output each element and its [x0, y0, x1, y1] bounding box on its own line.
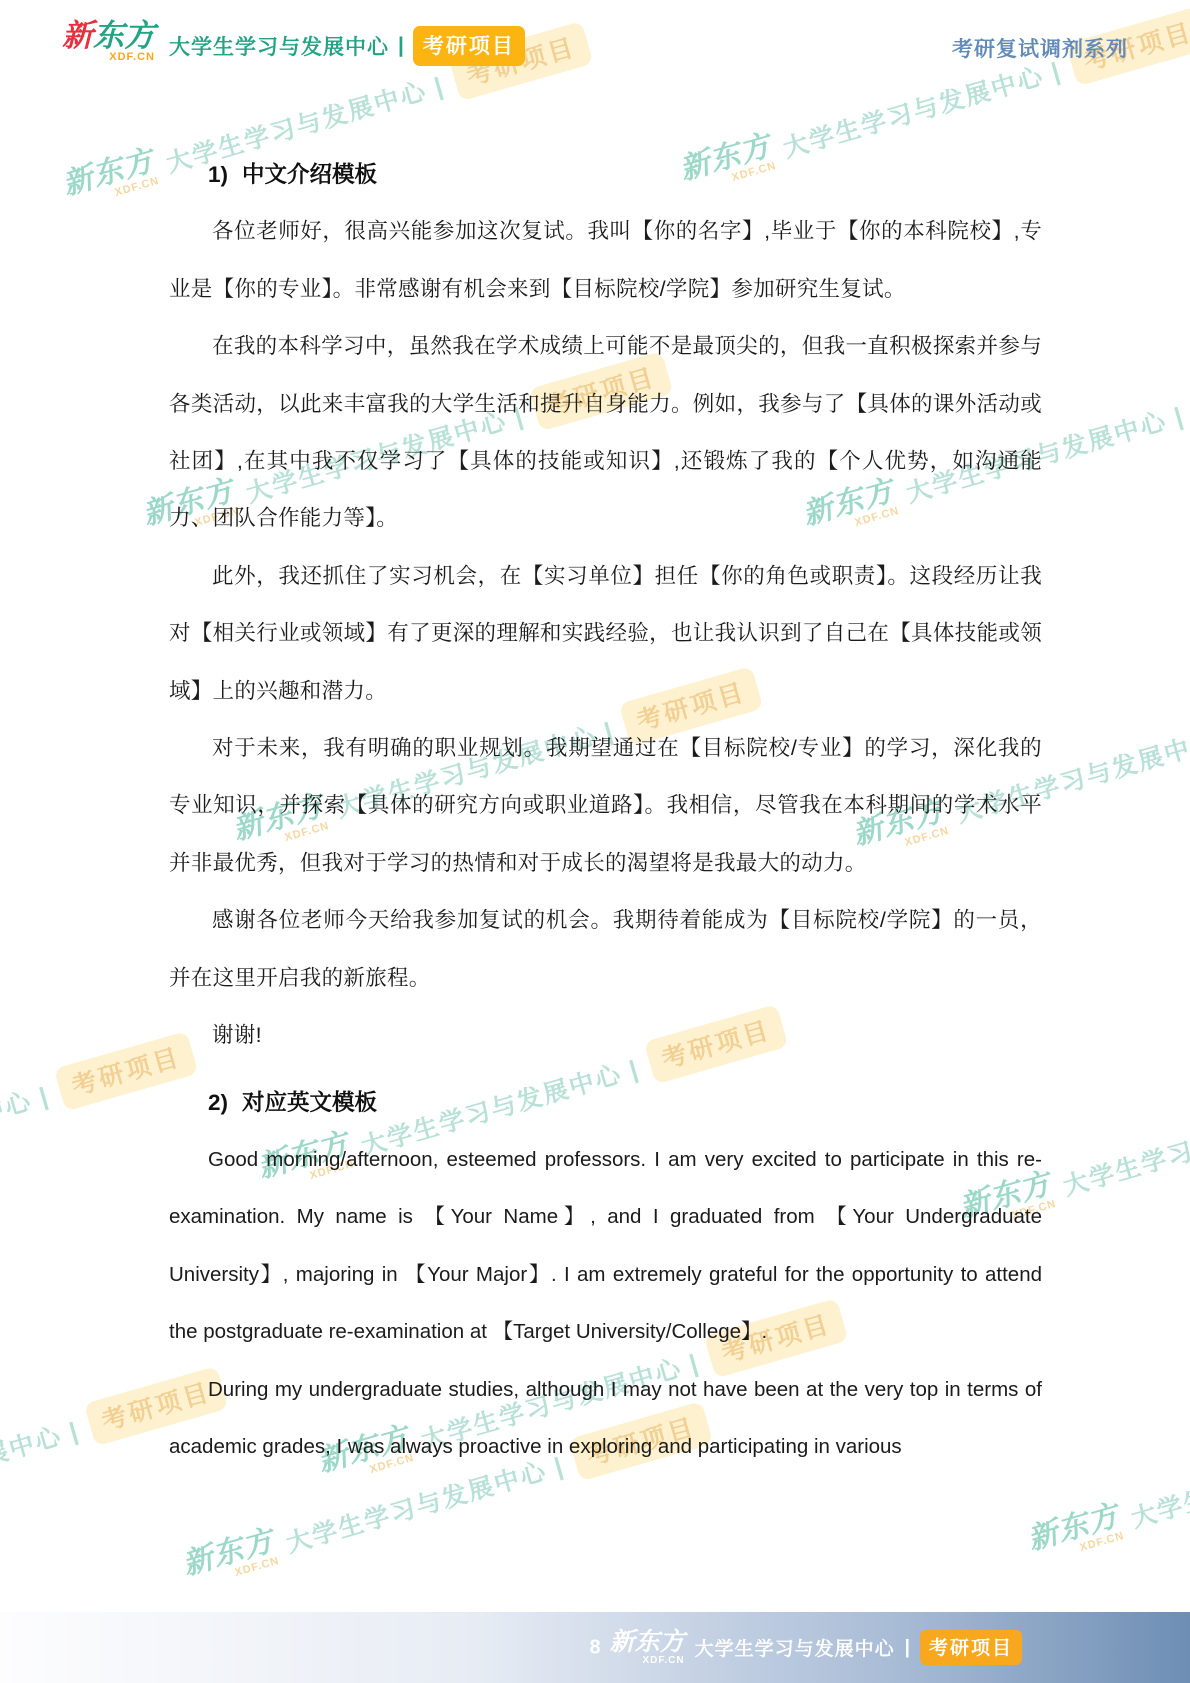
watermark-org: 大学生学习与发展中心 |: [1126, 1421, 1190, 1535]
paragraph-en-2: During my undergraduate studies, althoug…: [169, 1361, 1042, 1476]
xdf-watermark-logo-icon: 新东方XDF.CN: [1025, 1501, 1126, 1567]
header-separator: |: [398, 34, 404, 58]
section-1-title: 中文介绍模板: [242, 162, 377, 187]
paragraph-zh-1: 各位老师好，很高兴能参加这次复试。我叫【你的名字】,毕业于【你的本科院校】,专业…: [169, 203, 1042, 318]
paragraph-zh-2: 在我的本科学习中，虽然我在学术成绩上可能不是最顶尖的，但我一直积极探索并参与各类…: [169, 318, 1042, 548]
page-number: 8: [589, 1636, 600, 1659]
section-2-title: 对应英文模板: [242, 1090, 377, 1115]
footer-project-badge: 考研项目: [920, 1630, 1022, 1665]
section-1-number: 1): [208, 162, 228, 187]
section-2-number: 2): [208, 1090, 228, 1115]
watermark-org: 大学生学习与发展中心 |: [1058, 1089, 1190, 1203]
document-body: 1)中文介绍模板 各位老师好，很高兴能参加这次复试。我叫【你的名字】,毕业于【你…: [169, 146, 1042, 1475]
section-2-heading: 2)对应英文模板: [169, 1074, 1042, 1131]
paragraph-zh-thanks: 谢谢!: [169, 1007, 1042, 1064]
paragraph-zh-5: 感谢各位老师今天给我参加复试的机会。我期待着能成为【目标院校/学院】的一员，并在…: [169, 892, 1042, 1007]
footer-xdf-logo-icon: 新东方 XDF.CN: [610, 1630, 685, 1666]
header-brand-group: 新东方 XDF.CN 大学生学习与发展中心 | 考研项目: [62, 20, 525, 66]
footer-logo-domain: XDF.CN: [643, 1656, 685, 1666]
footer-separator: |: [905, 1637, 910, 1659]
xdf-watermark-logo-icon: 新东方XDF.CN: [180, 1526, 281, 1592]
xdf-logo-text: 新东方: [62, 20, 155, 51]
xdf-watermark-logo-icon: 新东方XDF.CN: [60, 146, 161, 212]
paragraph-zh-3: 此外，我还抓住了实习机会，在【实习单位】担任【你的角色或职责】。这段经历让我对【…: [169, 548, 1042, 720]
xdf-logo-icon: 新东方 XDF.CN: [62, 20, 155, 63]
section-1-heading: 1)中文介绍模板: [169, 146, 1042, 203]
footer-logo-text: 新东方: [610, 1630, 685, 1655]
watermark-org: 大学生学习与发展中心 |: [0, 1411, 83, 1525]
org-title: 大学生学习与发展中心: [169, 31, 389, 61]
paragraph-en-1: Good morning/afternoon, esteemed profess…: [169, 1131, 1042, 1361]
footer-org: 大学生学习与发展中心: [695, 1634, 895, 1661]
footer: 8 新东方 XDF.CN 大学生学习与发展中心 | 考研项目: [0, 1612, 1190, 1683]
paragraph-zh-4: 对于未来，我有明确的职业规划。我期望通过在【目标院校/专业】的学习，深化我的专业…: [169, 720, 1042, 892]
watermark: 新东方XDF.CN大学生学习与发展中心 |考研项目: [1024, 1376, 1190, 1568]
xdf-logo-domain: XDF.CN: [109, 52, 155, 63]
page-container: 新东方XDF.CN大学生学习与发展中心 |考研项目 新东方XDF.CN大学生学习…: [0, 0, 1190, 1683]
project-badge: 考研项目: [413, 26, 525, 66]
footer-brand-group: 新东方 XDF.CN 大学生学习与发展中心 | 考研项目: [610, 1630, 1022, 1666]
series-title: 考研复试调剂系列: [952, 33, 1128, 63]
watermark-org: 大学生学习与发展中心 |: [0, 1076, 53, 1190]
header-org-group: 大学生学习与发展中心 | 考研项目: [169, 26, 525, 66]
